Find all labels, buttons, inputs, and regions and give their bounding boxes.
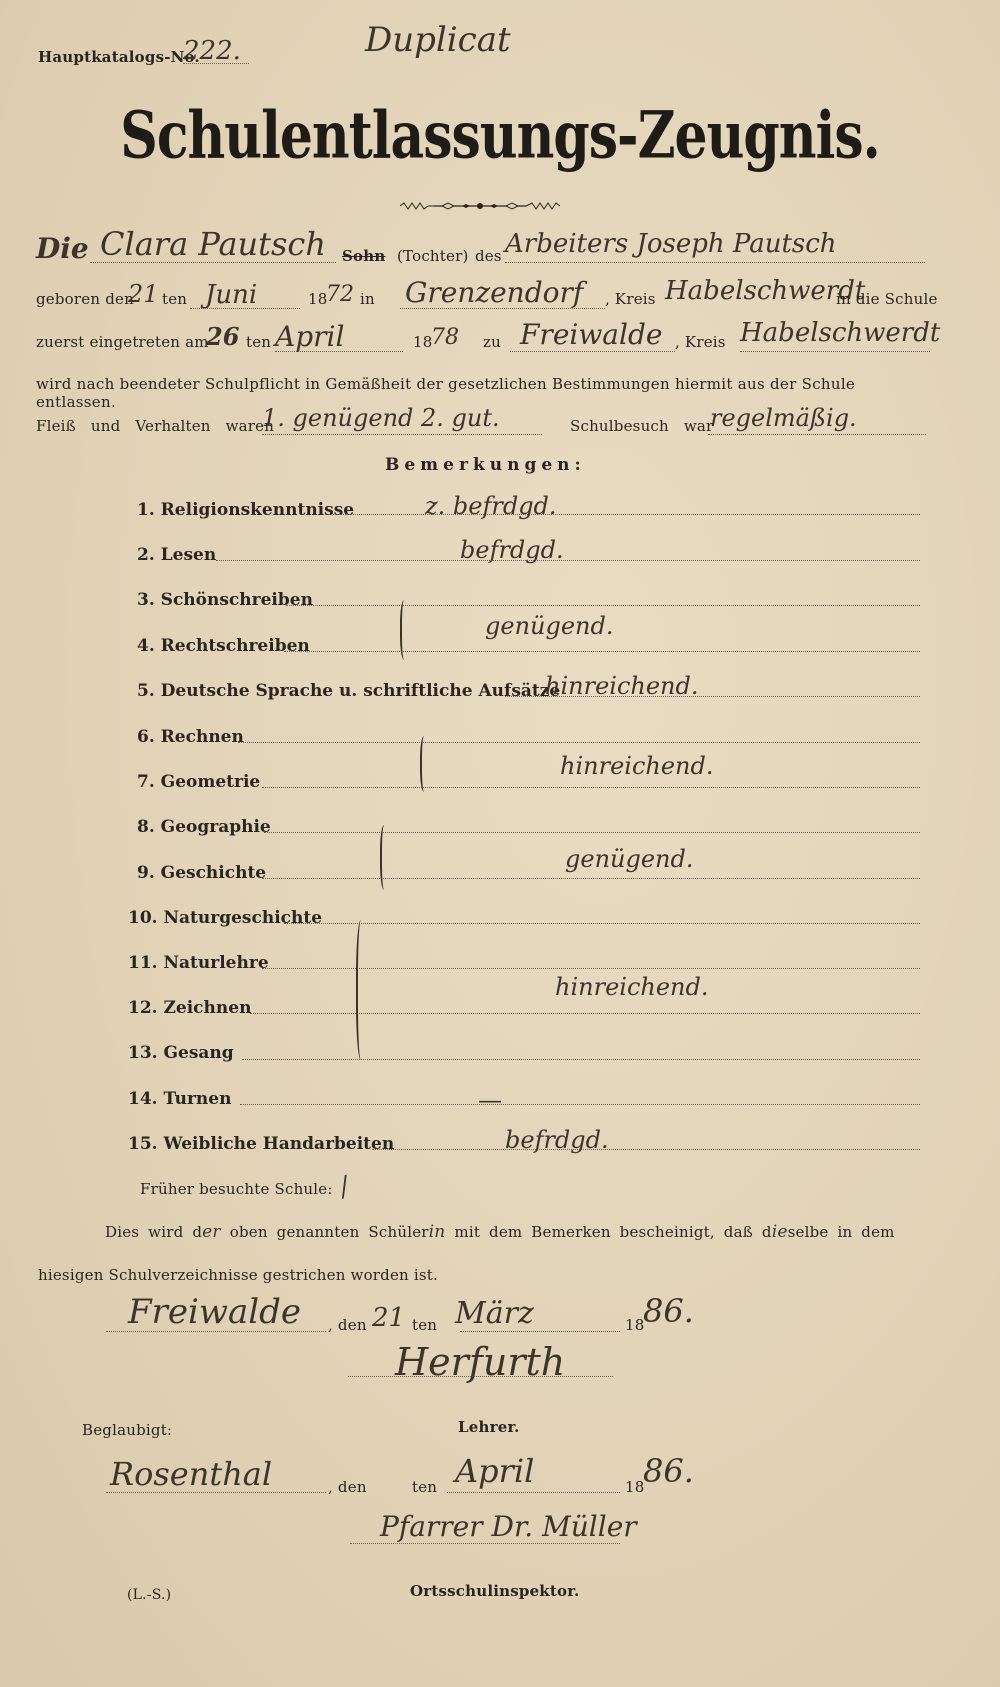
inspector-place: Rosenthal: [110, 1455, 272, 1493]
inspector-role: Ortsschulinspektor.: [410, 1582, 579, 1600]
entry-day: 26: [206, 322, 239, 351]
inspector-ten: ten: [412, 1478, 437, 1496]
entered-label: zuerst eingetreten am: [36, 333, 209, 351]
subject-row: 2. Lesen: [137, 545, 216, 565]
of-label: des: [475, 247, 502, 265]
birth-month: Juni: [205, 280, 257, 310]
birth-kreis-label: , Kreis: [605, 290, 656, 308]
student-name: Clara Pautsch: [100, 225, 326, 263]
zu-label: zu: [483, 333, 501, 351]
inspector-signature-line: [350, 1543, 620, 1544]
subject-row: 5. Deutsche Sprache u. schriftliche Aufs…: [137, 681, 560, 701]
subject-row: 4. Rechtschreiben: [137, 636, 310, 656]
born-label: geboren den: [36, 290, 134, 308]
subject-line: [262, 878, 920, 879]
entry-kreis-label: , Kreis: [675, 333, 726, 351]
grade-turnen: —: [478, 1086, 502, 1114]
subject-line: [240, 1104, 920, 1105]
subject-row: 10. Naturgeschichte: [128, 908, 322, 928]
subject-row: 9. Geschichte: [137, 863, 266, 883]
subject-row: 14. Turnen: [128, 1089, 231, 1109]
previous-school-value: /: [335, 1171, 353, 1202]
subject-line: [286, 605, 920, 606]
subject-row: 11. Naturlehre: [128, 953, 269, 973]
remarks-heading: Bemerkungen:: [385, 455, 586, 475]
birth-year-suffix: 72: [326, 282, 354, 307]
entry-kreis-line: [740, 351, 930, 352]
attendance-value: regelmäßig.: [710, 404, 857, 432]
certify-line-2: hiesigen Schulverzeichnisse gestrichen w…: [38, 1266, 438, 1284]
bracket-sciences: [356, 920, 368, 1060]
entry-kreis: Habelschwerdt: [740, 318, 940, 348]
birth-year-prefix: 18: [308, 290, 328, 308]
birth-place: Grenzendorf: [405, 276, 583, 309]
conduct-label: Fleiß und Verhalten waren: [36, 417, 274, 435]
teacher-place-line: [106, 1331, 326, 1332]
certify-line-1: Dies wird der oben genannten Schülerin m…: [105, 1222, 935, 1242]
entry-place: Freiwalde: [520, 318, 662, 351]
catalog-number-line: [183, 63, 249, 64]
teacher-role: Lehrer.: [458, 1418, 520, 1436]
teacher-year-prefix: 18: [625, 1316, 645, 1334]
inspector-signature: Pfarrer Dr. Müller: [380, 1510, 637, 1543]
inspector-year-prefix: 18: [625, 1478, 645, 1496]
subject-row: 7. Geometrie: [137, 772, 260, 792]
teacher-year-suffix: 86.: [643, 1292, 694, 1330]
previous-school-label: Früher besuchte Schule:: [140, 1180, 333, 1198]
conduct-line: [262, 434, 542, 435]
bracket-writing: [400, 600, 410, 660]
subject-line: [262, 787, 920, 788]
name-line: [90, 262, 336, 263]
seal-mark: (L.-S.): [127, 1587, 171, 1603]
parent-line: [505, 262, 925, 263]
teacher-month: März: [455, 1296, 534, 1331]
attendance-label: Schulbesuch war: [570, 417, 713, 435]
duplicate-note: Duplicat: [365, 20, 511, 60]
in-label: in: [360, 290, 375, 308]
inspector-place-line: [106, 1492, 326, 1493]
daughter-label: (Tochter): [397, 247, 469, 265]
grade-religion: z. befrdgd.: [425, 492, 557, 520]
inspector-den: , den: [328, 1478, 367, 1496]
teacher-place: Freiwalde: [128, 1292, 301, 1332]
bracket-math: [420, 736, 430, 792]
inspector-year-suffix: 86.: [643, 1452, 694, 1490]
attendance-line: [708, 434, 926, 435]
subject-line: [284, 923, 920, 924]
teacher-signature-line: [348, 1376, 613, 1377]
son-label: Sohn: [342, 247, 385, 265]
subject-line: [216, 560, 920, 561]
grade-schreiben: genügend.: [485, 612, 614, 640]
grade-sciences: hinreichend.: [555, 973, 709, 1001]
certified-label: Beglaubigt:: [82, 1421, 172, 1439]
subject-row: 15. Weibliche Handarbeiten: [128, 1134, 394, 1154]
subject-row: 12. Zeichnen: [128, 998, 251, 1018]
inspector-month: April: [455, 1452, 534, 1490]
grade-rechnen-geometrie: hinreichend.: [560, 752, 714, 780]
subject-row: 1. Religionskenntnisse: [137, 500, 354, 520]
teacher-den: , den: [328, 1316, 367, 1334]
entry-ten: ten: [246, 333, 271, 351]
document-title: Schulentlassungs-Zeugnis.: [0, 97, 1000, 173]
subject-line: [242, 1059, 920, 1060]
catalog-number: 222.: [183, 36, 241, 66]
entry-year-suffix: 78: [431, 325, 459, 350]
student-prefix: Die: [36, 232, 89, 265]
teacher-signature: Herfurth: [395, 1340, 565, 1384]
ornament-divider: [400, 200, 560, 212]
grade-handarbeiten: befrdgd.: [505, 1126, 609, 1154]
entry-place-line: [510, 351, 675, 352]
subject-row: 6. Rechnen: [137, 727, 244, 747]
subject-line: [250, 1013, 920, 1014]
grade-lesen: befrdgd.: [460, 536, 564, 564]
bracket-geo-history: [380, 825, 390, 890]
grade-deutsch: hinreichend.: [545, 672, 699, 700]
subject-line: [372, 1149, 920, 1150]
entry-year-prefix: 18: [413, 333, 433, 351]
school-label: in die Schule: [836, 290, 938, 308]
subject-row: 8. Geographie: [137, 817, 271, 837]
subject-line: [264, 832, 920, 833]
birth-ten: ten: [162, 290, 187, 308]
teacher-month-line: [460, 1331, 620, 1332]
subject-line: [238, 742, 920, 743]
teacher-day: 21: [372, 1303, 405, 1333]
subject-line: [328, 514, 920, 515]
inspector-month-line: [447, 1492, 620, 1493]
parent-name: Arbeiters Joseph Pautsch: [505, 229, 837, 259]
entry-month-line: [275, 351, 403, 352]
teacher-ten: ten: [412, 1316, 437, 1334]
birth-month-line: [190, 308, 300, 309]
subject-row: 13. Gesang: [128, 1043, 234, 1063]
subject-line: [284, 651, 920, 652]
catalog-label: Hauptkatalogs-No.: [38, 48, 200, 66]
birth-day: 21: [128, 280, 159, 308]
conduct-value: 1. genügend 2. gut.: [262, 404, 500, 432]
grade-geo-history: genügend.: [565, 845, 694, 873]
entry-month: April: [275, 320, 344, 353]
subject-row: 3. Schönschreiben: [137, 590, 313, 610]
birth-place-line: [400, 308, 605, 309]
